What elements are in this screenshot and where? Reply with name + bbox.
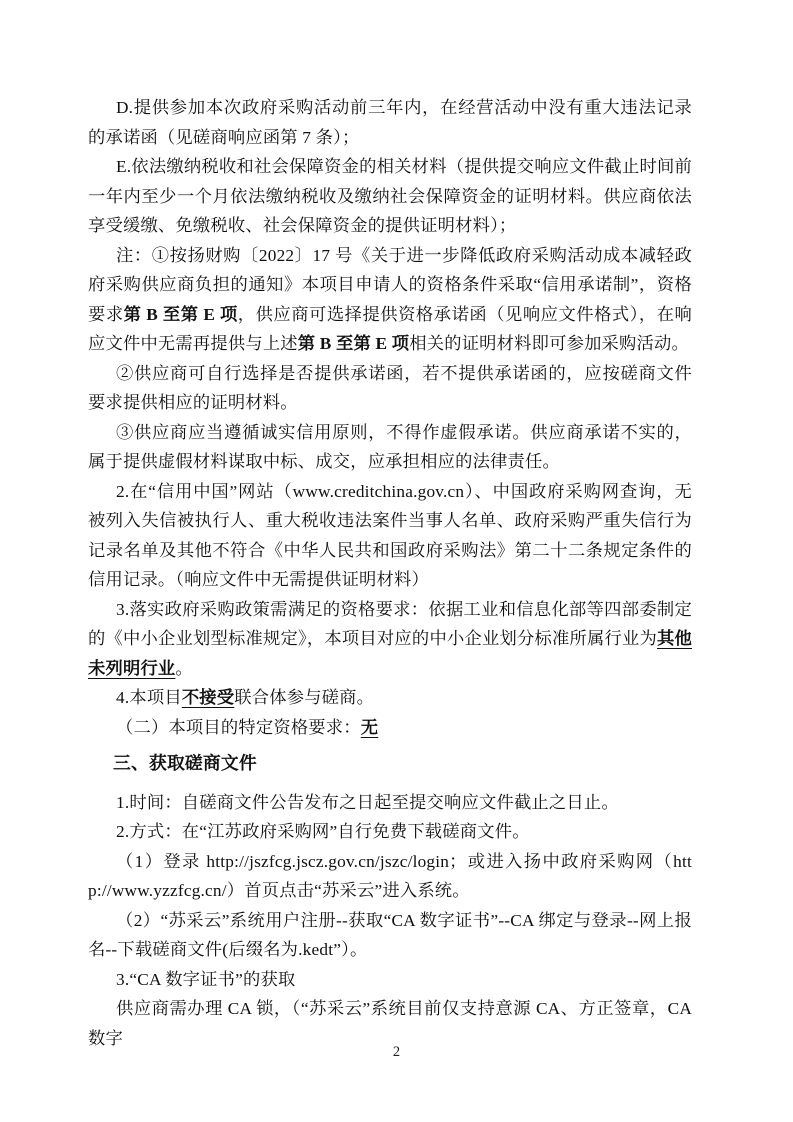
- paragraph-text: ③供应商应当遵循诚实信用原则，不得作虚假承诺。供应商承诺不实的，属于提供虚假材料…: [88, 423, 692, 472]
- paragraph-text: 供应商需办理 CA 锁，（“苏采云”系统目前仅支持意源 CA、方正签章，CA 数…: [88, 999, 692, 1048]
- page-number: 2: [0, 1042, 793, 1062]
- bold-underline-run: 不接受: [182, 688, 234, 707]
- paragraph-text: （1）登录 http://jszfcg.jscz.gov.cn/jszc/log…: [88, 852, 692, 901]
- paragraph-text: ②供应商可自行选择是否提供承诺函，若不提供承诺函的，应按磋商文件要求提供相应的证…: [88, 364, 692, 413]
- paragraph-s3-item-2-sub-1: （1）登录 http://jszfcg.jscz.gov.cn/jszc/log…: [88, 847, 692, 906]
- paragraph-item-e: E.依法缴纳税收和社会保障资金的相关材料（提供提交响应文件截止时间前一年内至少一…: [88, 152, 692, 241]
- paragraph-text: 2.在“信用中国”网站（www.creditchina.gov.cn）、中国政府…: [88, 482, 692, 590]
- paragraph-text: 。: [175, 659, 192, 678]
- paragraph-text: E.依法缴纳税收和社会保障资金的相关材料（提供提交响应文件截止时间前一年内至少一…: [88, 157, 692, 235]
- paragraph-item-d: D.提供参加本次政府采购活动前三年内，在经营活动中没有重大违法记录的承诺函（见磋…: [88, 93, 692, 152]
- paragraph-note-3: ③供应商应当遵循诚实信用原则，不得作虚假承诺。供应商承诺不实的，属于提供虚假材料…: [88, 418, 692, 477]
- paragraph-s3-item-3: 3.“CA 数字证书”的获取: [88, 965, 692, 995]
- section-heading-3: 三、获取磋商文件: [88, 749, 692, 779]
- paragraph-s3-item-1: 1.时间：自磋商文件公告发布之日起至提交响应文件截止之日止。: [88, 788, 692, 818]
- paragraph-text: （二）本项目的特定资格要求：: [116, 718, 361, 737]
- bold-run: 第 B 至第 E 项: [124, 305, 238, 324]
- document-page: D.提供参加本次政府采购活动前三年内，在经营活动中没有重大违法记录的承诺函（见磋…: [0, 0, 793, 1122]
- paragraph-text: 联合体参与磋商。: [234, 688, 374, 707]
- paragraph-s3-item-2: 2.方式：在“江苏政府采购网”自行免费下载磋商文件。: [88, 817, 692, 847]
- paragraph-text: 4.本项目: [116, 688, 182, 707]
- paragraph-text: 2.方式：在“江苏政府采购网”自行免费下载磋商文件。: [116, 822, 530, 841]
- heading-text: 三、获取磋商文件: [113, 753, 257, 773]
- paragraph-text: 相关的证明材料即可参加采购活动。: [409, 334, 689, 353]
- paragraph-note-2: ②供应商可自行选择是否提供承诺函，若不提供承诺函的，应按磋商文件要求提供相应的证…: [88, 359, 692, 418]
- bold-run: 第 B 至第 E 项: [298, 334, 409, 353]
- paragraph-item-2: 2.在“信用中国”网站（www.creditchina.gov.cn）、中国政府…: [88, 477, 692, 595]
- paragraph-item-4: 4.本项目不接受联合体参与磋商。: [88, 683, 692, 713]
- paragraph-text: 3.落实政府采购政策需满足的资格要求：依据工业和信息化部等四部委制定的《中小企业…: [88, 600, 692, 649]
- paragraph-s3-item-2-sub-2: （2）“苏采云”系统用户注册--获取“CA 数字证书”--CA 绑定与登录--网…: [88, 906, 692, 965]
- paragraph-text: 1.时间：自磋商文件公告发布之日起至提交响应文件截止之日止。: [116, 793, 619, 812]
- document-body: D.提供参加本次政府采购活动前三年内，在经营活动中没有重大违法记录的承诺函（见磋…: [88, 93, 692, 1053]
- paragraph-text: D.提供参加本次政府采购活动前三年内，在经营活动中没有重大违法记录的承诺函（见磋…: [88, 98, 692, 147]
- paragraph-text: 3.“CA 数字证书”的获取: [116, 970, 295, 989]
- paragraph-note-1: 注：①按扬财购〔2022〕17 号《关于进一步降低政府采购活动成本减轻政府采购供…: [88, 241, 692, 359]
- paragraph-text: （2）“苏采云”系统用户注册--获取“CA 数字证书”--CA 绑定与登录--网…: [88, 911, 692, 960]
- paragraph-item-3: 3.落实政府采购政策需满足的资格要求：依据工业和信息化部等四部委制定的《中小企业…: [88, 595, 692, 684]
- bold-underline-run: 无: [361, 718, 378, 737]
- paragraph-special-requirement: （二）本项目的特定资格要求：无: [88, 713, 692, 743]
